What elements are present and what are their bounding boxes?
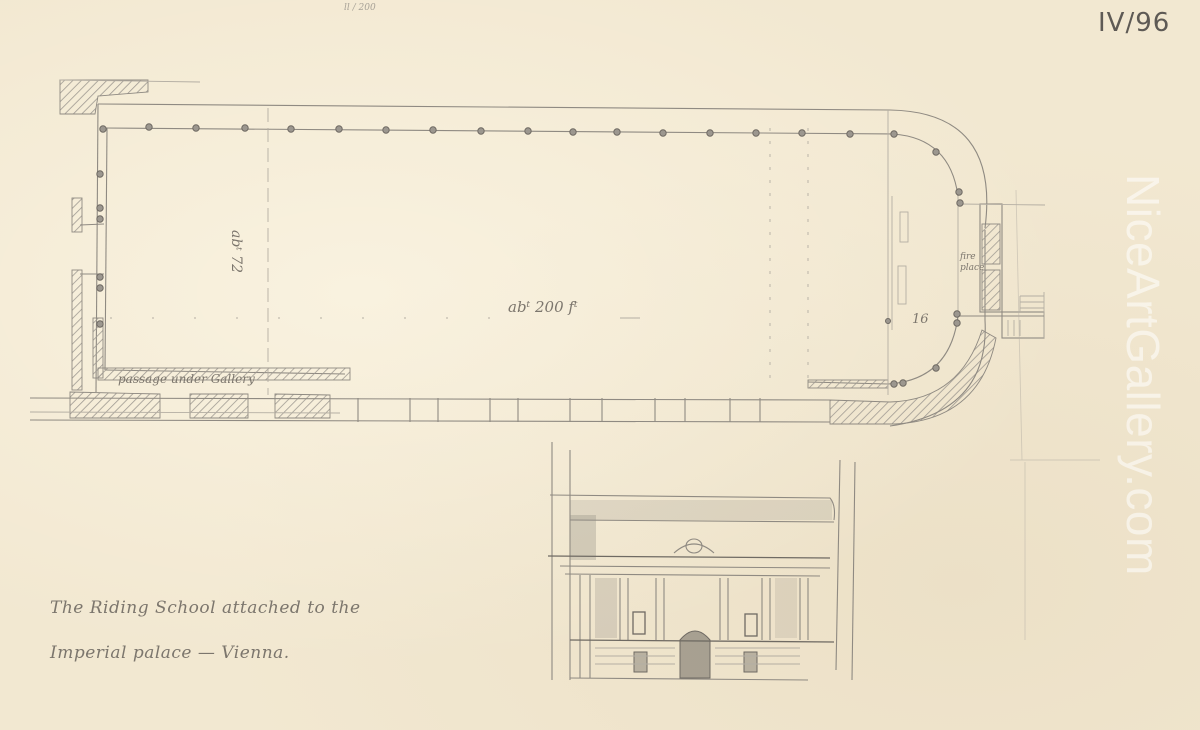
- caption-line-1: The Riding School attached to the: [50, 598, 361, 618]
- fireplace-label: fire place: [960, 252, 982, 274]
- dimension-width-label: abᵗ 72: [228, 230, 244, 273]
- watermark: NiceArtGallery.com: [1116, 174, 1170, 576]
- faint-construction-lines: [1010, 190, 1100, 640]
- catalog-mark: ll / 200: [344, 4, 376, 13]
- dimension-end-label: 16: [912, 312, 929, 327]
- passage-label: passage under Gallery: [118, 372, 255, 386]
- dimension-length-label: abᵗ 200 fᵗ: [508, 298, 578, 316]
- street-bays: [358, 398, 760, 422]
- folio-number: IV/96: [1098, 8, 1170, 38]
- colonnade-columns: [97, 124, 963, 387]
- caption-line-2: Imperial palace — Vienna.: [50, 643, 290, 663]
- riding-school-sketch: [0, 0, 1200, 730]
- facade-elevation: [548, 442, 855, 680]
